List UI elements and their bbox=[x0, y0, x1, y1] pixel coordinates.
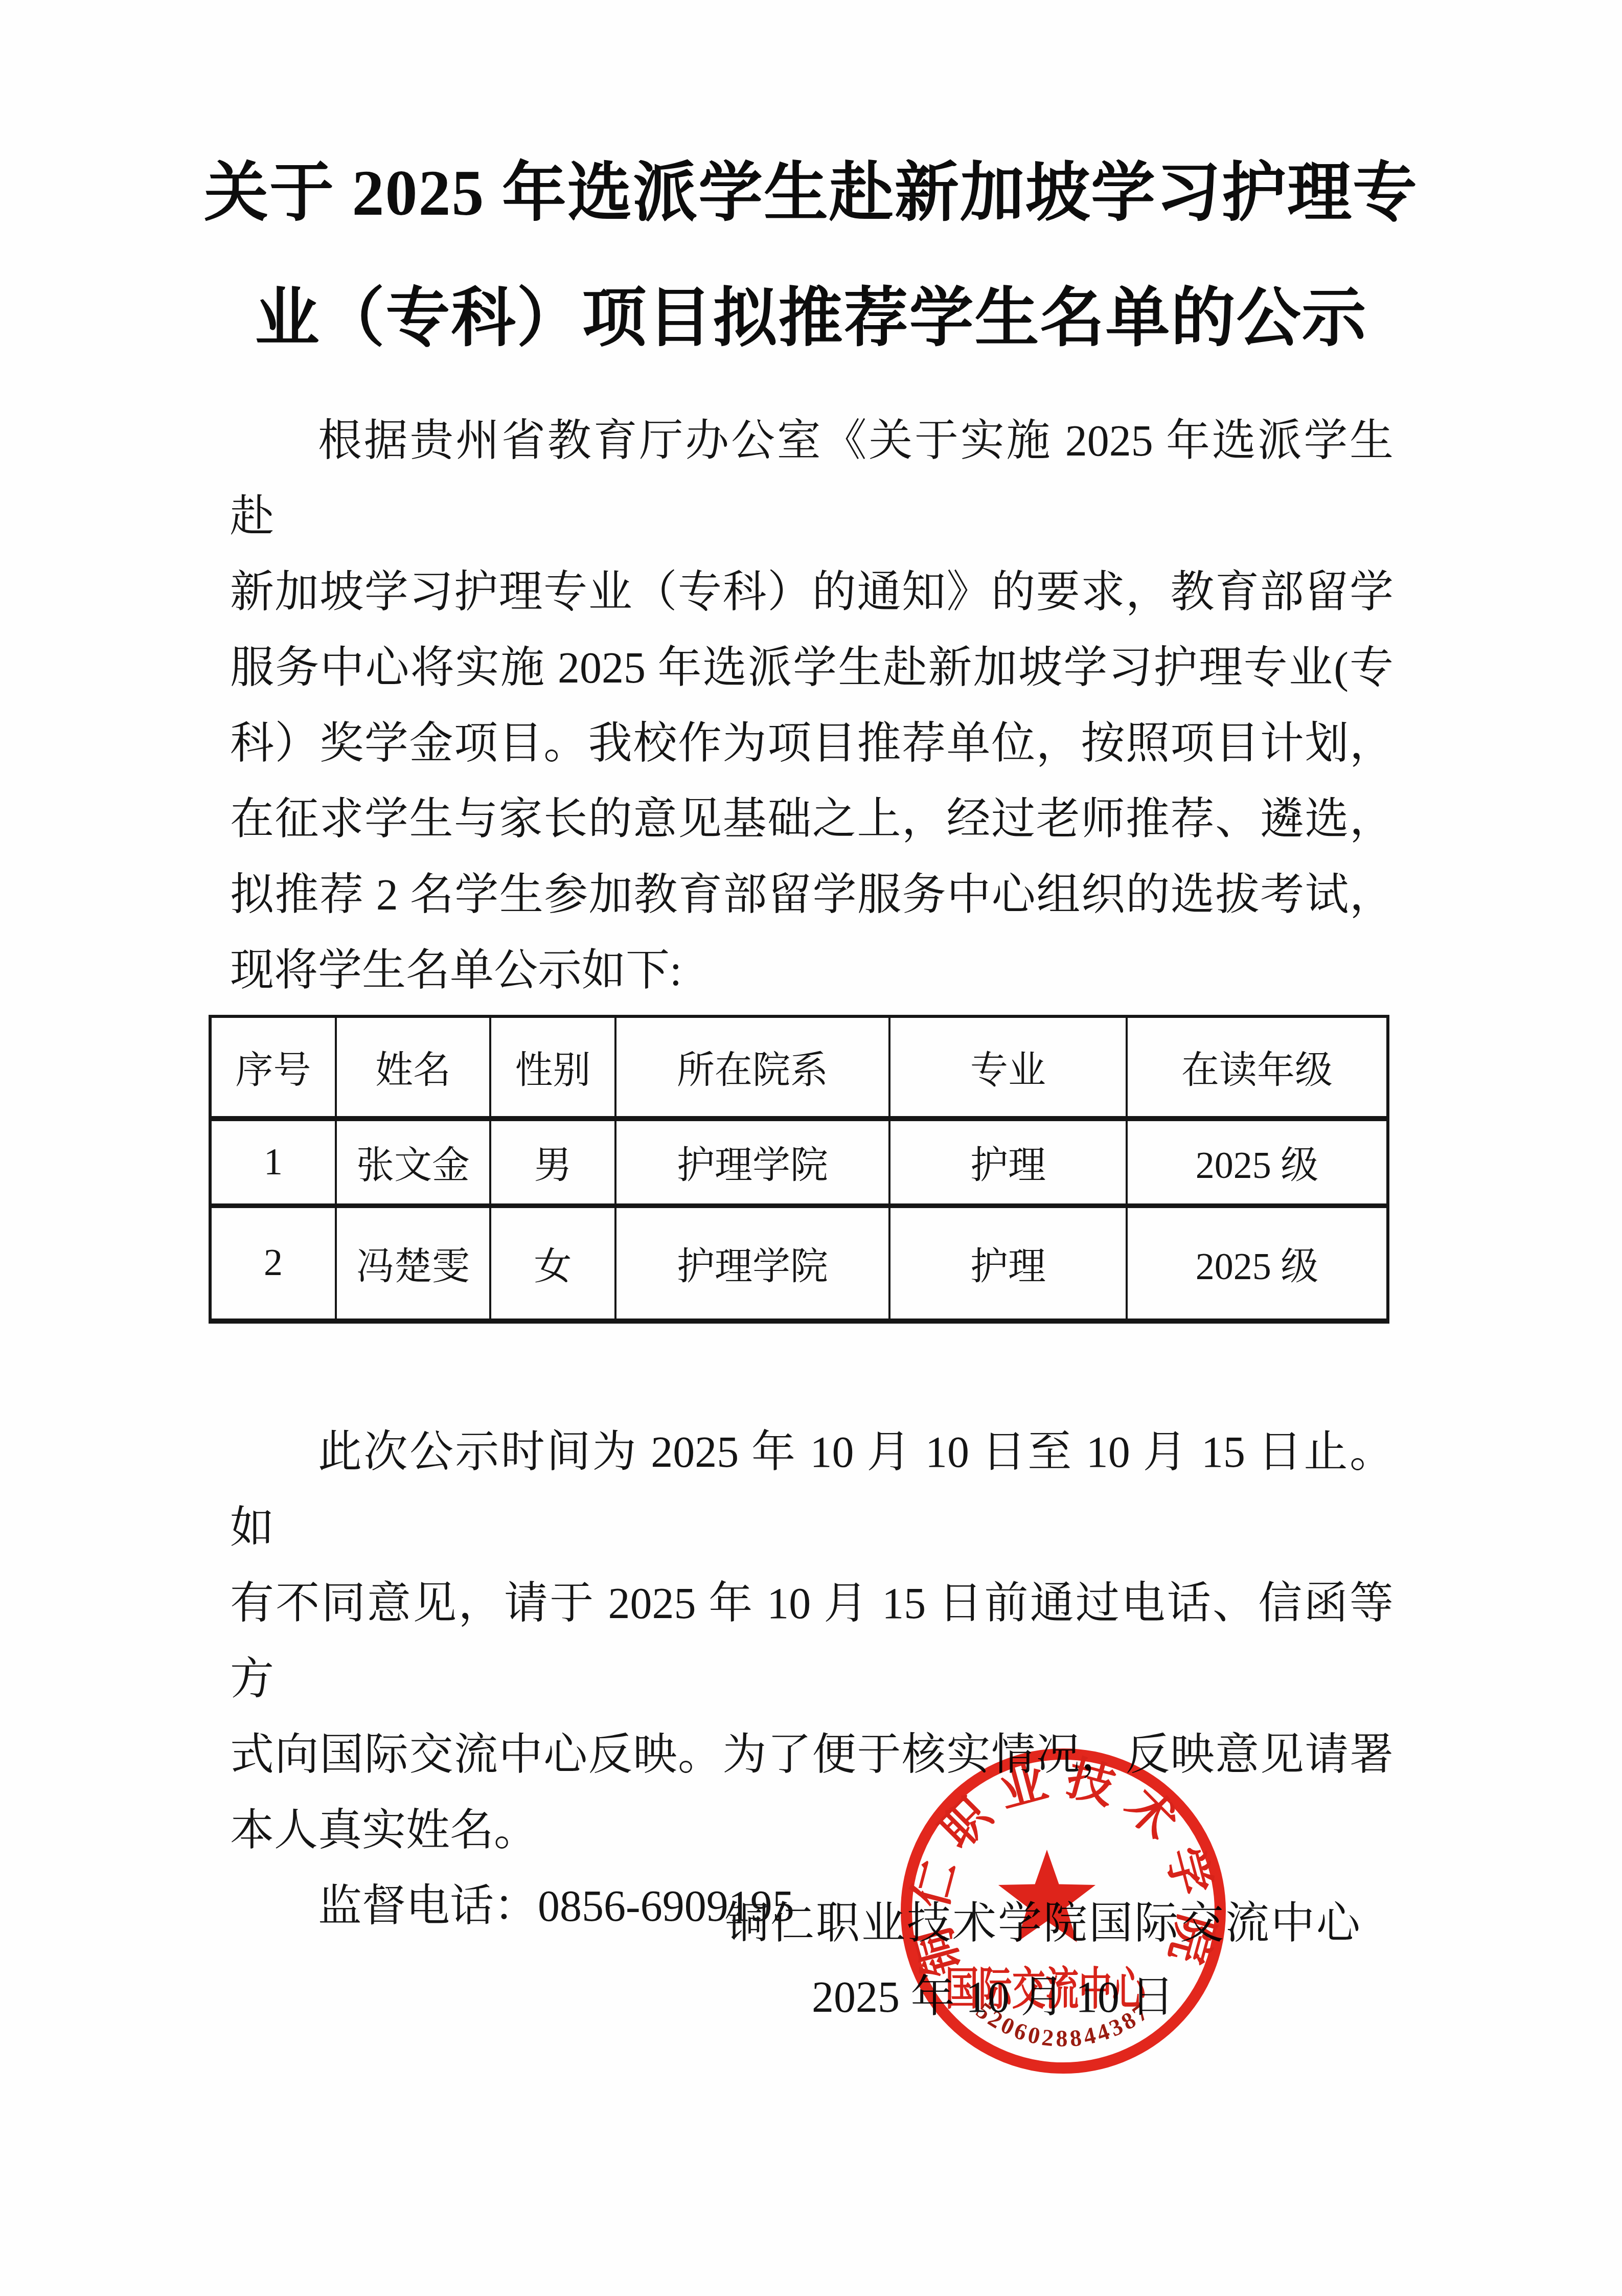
table-header-cell: 专业 bbox=[889, 1016, 1127, 1119]
table-header-cell: 姓名 bbox=[336, 1016, 490, 1119]
table-header-cell: 所在院系 bbox=[615, 1016, 889, 1119]
text-line: 新加坡学习护理专业（专科）的通知》的要求，教育部留学 bbox=[230, 554, 1393, 630]
table-header-cell: 序号 bbox=[210, 1016, 336, 1119]
stamp-arc-text: 铜仁职业技术学院 bbox=[904, 1752, 1223, 1982]
table-cell: 2025 级 bbox=[1127, 1119, 1388, 1206]
document-title: 关于 2025 年选派学生赴新加坡学习护理专 业（专科）项目拟推荐学生名单的公示 bbox=[0, 131, 1622, 381]
paragraph-intro: 根据贵州省教育厅办公室《关于实施 2025 年选派学生赴 新加坡学习护理专业（专… bbox=[230, 403, 1393, 1008]
official-seal-stamp: 铜仁职业技术学院 国际交流中心 5206028844387 bbox=[884, 1732, 1242, 2090]
students-table: 序号 姓名 性别 所在院系 专业 在读年级 1 张文金 男 护理学院 护理 20… bbox=[209, 1015, 1389, 1324]
text-line: 有不同意见，请于 2025 年 10 月 15 日前通过电话、信函等方 bbox=[230, 1565, 1393, 1717]
text-line: 科）奖学金项目。我校作为项目推荐单位，按照项目计划， bbox=[230, 706, 1393, 781]
title-line-1: 关于 2025 年选派学生赴新加坡学习护理专 bbox=[0, 131, 1622, 256]
title-line-2: 业（专科）项目拟推荐学生名单的公示 bbox=[0, 256, 1622, 381]
table-cell: 2025 级 bbox=[1127, 1206, 1388, 1321]
text-line: 现将学生名单公示如下: bbox=[230, 933, 1393, 1008]
table-cell: 女 bbox=[490, 1206, 615, 1321]
table-cell: 1 bbox=[210, 1119, 336, 1206]
table-cell: 护理 bbox=[889, 1206, 1127, 1321]
text-line: 根据贵州省教育厅办公室《关于实施 2025 年选派学生赴 bbox=[230, 403, 1393, 554]
table-header-cell: 性别 bbox=[490, 1016, 615, 1119]
table-cell: 张文金 bbox=[336, 1119, 490, 1206]
table-row: 2 冯楚雯 女 护理学院 护理 2025 级 bbox=[210, 1206, 1388, 1321]
text-line: 服务中心将实施 2025 年选派学生赴新加坡学习护理专业(专 bbox=[230, 630, 1393, 706]
table-cell: 冯楚雯 bbox=[336, 1206, 490, 1321]
table-cell: 护理学院 bbox=[615, 1119, 889, 1206]
table-cell: 2 bbox=[210, 1206, 336, 1321]
text-line: 在征求学生与家长的意见基础之上，经过老师推荐、遴选， bbox=[230, 781, 1393, 857]
table-row: 1 张文金 男 护理学院 护理 2025 级 bbox=[210, 1119, 1388, 1206]
document-page: 关于 2025 年选派学生赴新加坡学习护理专 业（专科）项目拟推荐学生名单的公示… bbox=[0, 0, 1622, 2296]
stamp-center-text: 国际交流中心 bbox=[945, 1965, 1147, 2014]
table-header-row: 序号 姓名 性别 所在院系 专业 在读年级 bbox=[210, 1016, 1388, 1119]
table-cell: 护理学院 bbox=[615, 1206, 889, 1321]
stamp-star bbox=[998, 1850, 1095, 1942]
text-line: 此次公示时间为 2025 年 10 月 10 日至 10 月 15 日止。如 bbox=[230, 1414, 1393, 1565]
table-cell: 男 bbox=[490, 1119, 615, 1206]
table-cell: 护理 bbox=[889, 1119, 1127, 1206]
text-line: 拟推荐 2 名学生参加教育部留学服务中心组织的选拔考试， bbox=[230, 857, 1393, 933]
table-header-cell: 在读年级 bbox=[1127, 1016, 1388, 1119]
